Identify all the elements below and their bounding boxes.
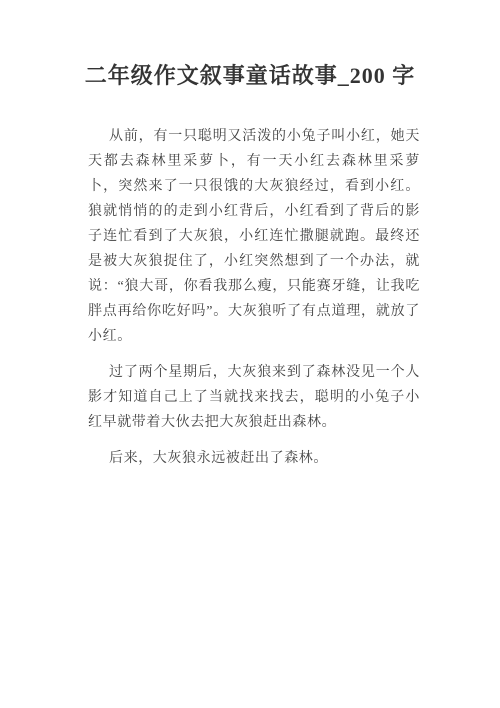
document-body: 从前，有一只聪明又活泼的小兔子叫小红，她天天都去森林里采萝卜，有一天小红去森林里…	[88, 124, 420, 471]
paragraph-3: 后来，大灰狼永远被赶出了森林。	[88, 446, 420, 471]
paragraph-2: 过了两个星期后，大灰狼来到了森林没见一个人影才知道自己上了当就找来找去，聪明的小…	[88, 360, 420, 435]
document-page: 二年级作文叙事童话故事_200 字 从前，有一只聪明又活泼的小兔子叫小红，她天天…	[0, 0, 500, 708]
document-title: 二年级作文叙事童话故事_200 字	[0, 0, 500, 92]
paragraph-1: 从前，有一只聪明又活泼的小兔子叫小红，她天天都去森林里采萝卜，有一天小红去森林里…	[88, 124, 420, 349]
